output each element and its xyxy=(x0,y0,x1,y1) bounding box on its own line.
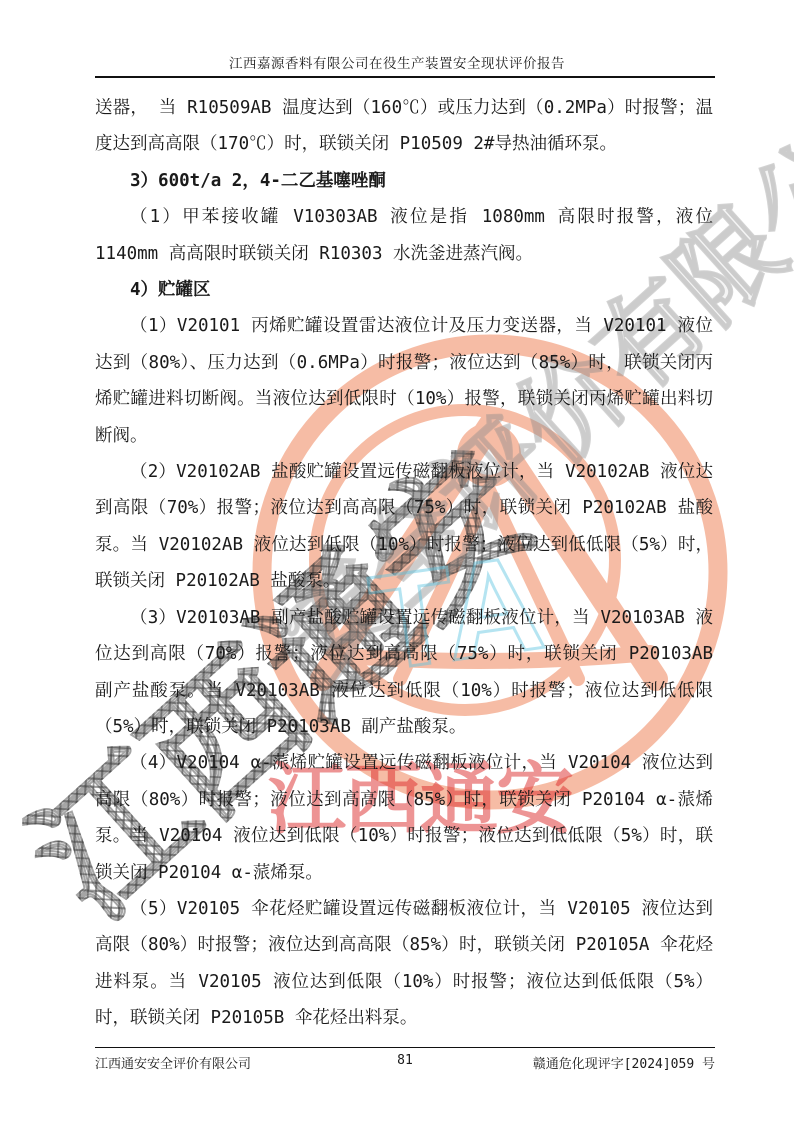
footer-company-name: 江西通安安全评价有限公司 xyxy=(95,1053,251,1072)
paragraph-v20105: （5）V20105 伞花烃贮罐设置远传磁翻板液位计，当 V20105 液位达到高… xyxy=(95,891,713,1037)
body-text-block: 送器， 当 R10509AB 温度达到（160℃）或压力达到（0.2MPa）时报… xyxy=(95,90,713,1037)
paragraph-v20103: （3）V20103AB 副产盐酸贮罐设置远传磁翻板液位计，当 V20103AB … xyxy=(95,600,713,746)
header-divider xyxy=(95,76,715,78)
paragraph-v20101: （1）V20101 丙烯贮罐设置雷达液位计及压力变送器，当 V20101 液位达… xyxy=(95,308,713,454)
section-heading-4: 4）贮罐区 xyxy=(95,272,713,308)
paragraph-continuation: 送器， 当 R10509AB 温度达到（160℃）或压力达到（0.2MPa）时报… xyxy=(95,90,713,163)
report-page: 江西通安 安全评价有限公司 TA 江西通安 江西嘉源香料有限公司在役生产装置安全… xyxy=(0,0,794,1123)
section-heading-3: 3）600t/a 2，4-二乙基噻唑酮 xyxy=(95,163,713,199)
paragraph-v20104: （4）V20104 α-蒎烯贮罐设置远传磁翻板液位计，当 V20104 液位达到… xyxy=(95,745,713,891)
page-header-title: 江西嘉源香料有限公司在役生产装置安全现状评价报告 xyxy=(0,52,794,72)
paragraph-v20102: （2）V20102AB 盐酸贮罐设置远传磁翻板液位计，当 V20102AB 液位… xyxy=(95,454,713,600)
paragraph-toluene-tank: （1）甲苯接收罐 V10303AB 液位是指 1080mm 高限时报警，液位 1… xyxy=(95,199,713,272)
footer-divider xyxy=(95,1047,715,1048)
document-content: 江西嘉源香料有限公司在役生产装置安全现状评价报告 送器， 当 R10509AB … xyxy=(0,0,794,1123)
footer-doc-number: 赣通危化现评字[2024]059 号 xyxy=(533,1053,715,1072)
